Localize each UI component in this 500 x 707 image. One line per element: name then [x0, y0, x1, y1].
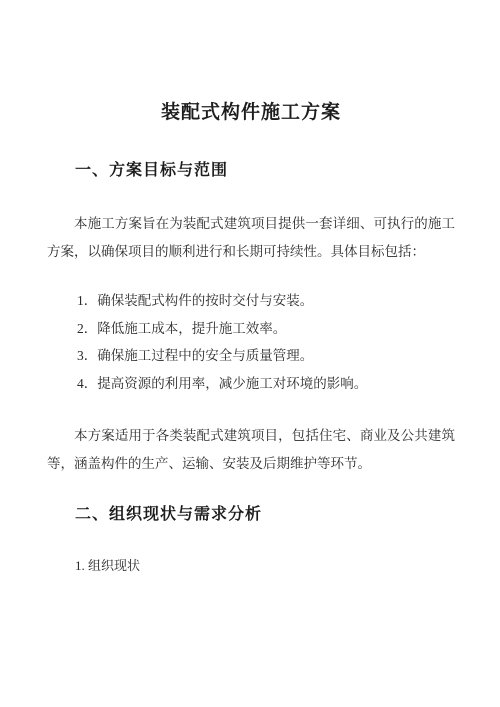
section-1-intro-paragraph: 本施工方案旨在为装配式建筑项目提供一套详细、可执行的施工方案，以确保项目的顺利进…: [47, 210, 455, 265]
section-2-heading: 二、组织现状与需求分析: [75, 505, 455, 524]
goal-item-2: 2．降低施工成本，提升施工效率。: [77, 315, 455, 343]
section-1-scope-paragraph: 本方案适用于各类装配式建筑项目，包括住宅、商业及公共建筑等，涵盖构件的生产、运输…: [47, 422, 455, 477]
goal-item-1: 1．确保装配式构件的按时交付与安装。: [77, 287, 455, 315]
goal-item-3: 3．确保施工过程中的安全与质量管理。: [77, 342, 455, 370]
goal-list: 1．确保装配式构件的按时交付与安装。 2．降低施工成本，提升施工效率。 3．确保…: [77, 287, 455, 397]
subsection-2-1-heading: 1. 组织现状: [75, 552, 455, 580]
goal-item-4: 4．提高资源的利用率，减少施工对环境的影响。: [77, 370, 455, 398]
document-title: 装配式构件施工方案: [47, 100, 455, 125]
document-page: 装配式构件施工方案 一、方案目标与范围 本施工方案旨在为装配式建筑项目提供一套详…: [0, 0, 500, 707]
section-1-heading: 一、方案目标与范围: [75, 161, 455, 180]
